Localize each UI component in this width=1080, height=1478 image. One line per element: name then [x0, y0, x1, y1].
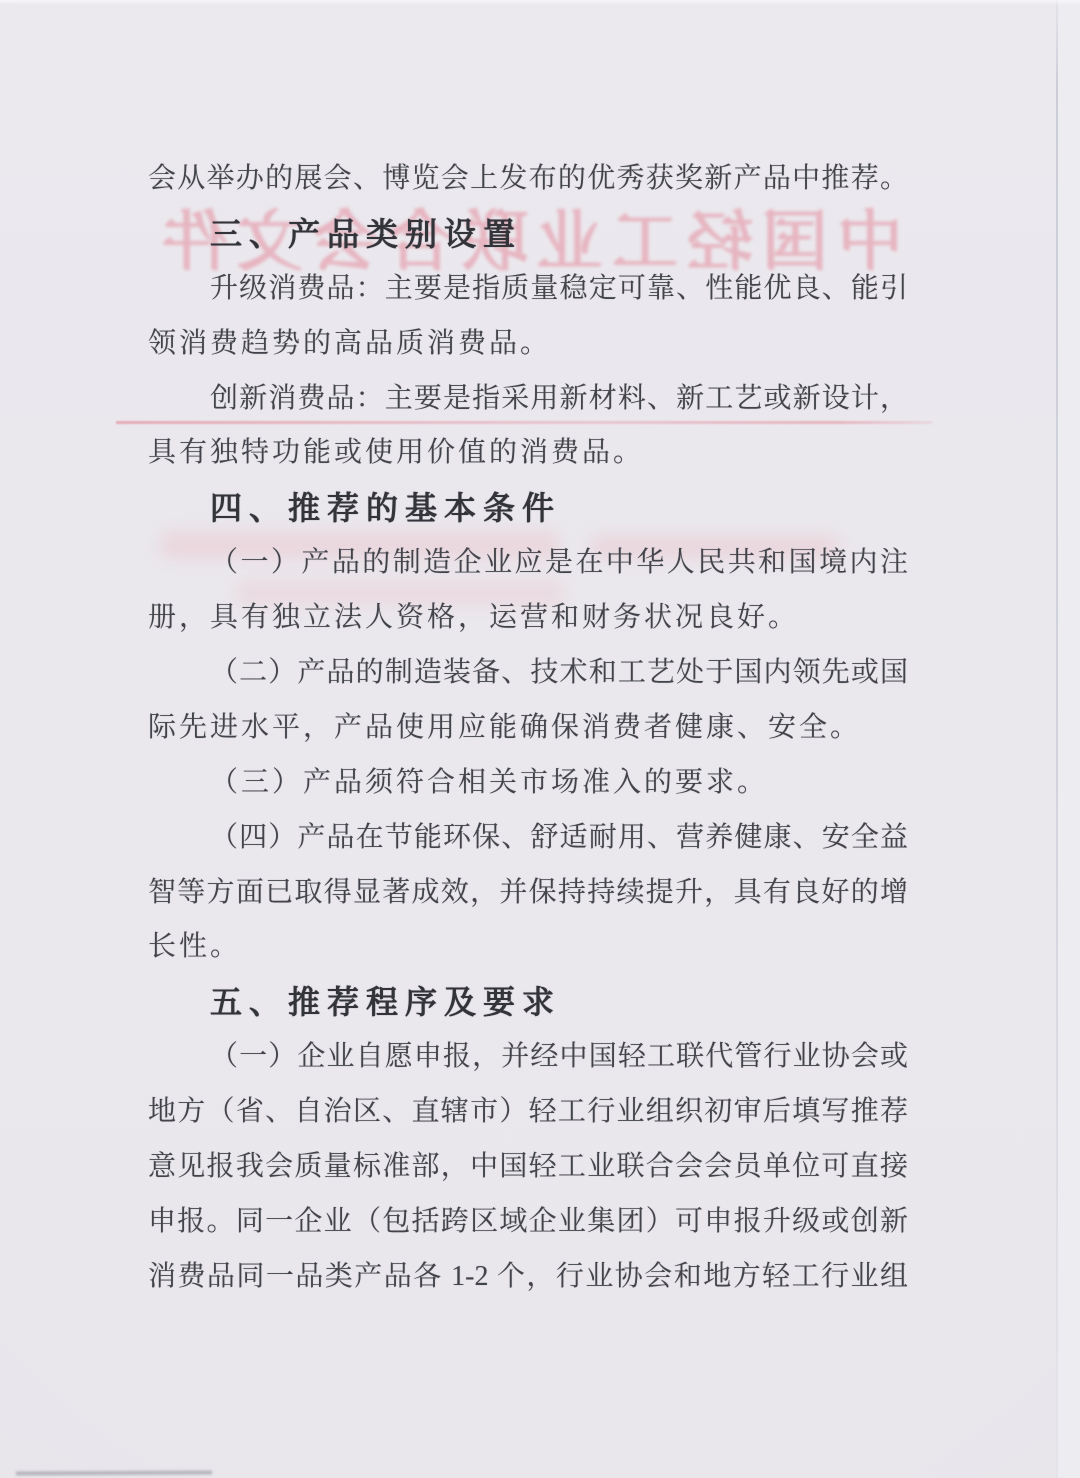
text-line: 际先进水平，产品使用应能确保消费者健康、安全。 [148, 701, 908, 756]
text-line: （一）产品的制造企业应是在中华人民共和国境内注 [148, 536, 908, 591]
text-line: 长性。 [148, 920, 908, 975]
document-text: 会从举办的展会、博览会上发布的优秀获奖新产品中推荐。三、产品类别设置升级消费品：… [148, 152, 908, 1305]
page-edge-line [1056, 0, 1058, 1478]
text-line: 智等方面已取得显著成效，并保持持续提升，具有良好的增 [148, 866, 908, 921]
scanner-background-strip [1058, 0, 1080, 1478]
section-heading: 四、推荐的基本条件 [148, 481, 908, 536]
section-heading: 三、产品类别设置 [148, 207, 908, 262]
text-line: 升级消费品：主要是指质量稳定可靠、性能优良、能引 [148, 262, 908, 317]
section-heading: 五、推荐程序及要求 [148, 975, 908, 1030]
text-line: 地方（省、自治区、直辖市）轻工行业组织初审后填写推荐 [148, 1085, 908, 1140]
text-line: 申报。同一企业（包括跨区域企业集团）可申报升级或创新 [148, 1195, 908, 1250]
text-line: 意见报我会质量标准部，中国轻工业联合会会员单位可直接 [148, 1140, 908, 1195]
text-line: 具有独特功能或使用价值的消费品。 [148, 426, 908, 481]
text-line: （一）企业自愿申报，并经中国轻工联代管行业协会或 [148, 1030, 908, 1085]
text-line: 册，具有独立法人资格，运营和财务状况良好。 [148, 591, 908, 646]
text-line: 创新消费品：主要是指采用新材料、新工艺或新设计， [148, 372, 908, 427]
scan-edge-smudge [16, 1470, 212, 1475]
scan-edge-highlight [0, 0, 1080, 5]
scanned-document-page: 中国轻工业联合会文件 会从举办的展会、博览会上发布的优秀获奖新产品中推荐。三、产… [0, 0, 1080, 1478]
text-line: 消费品同一品类产品各 1-2 个，行业协会和地方轻工行业组 [148, 1250, 908, 1305]
text-line: 领消费趋势的高品质消费品。 [148, 317, 908, 372]
text-line: 会从举办的展会、博览会上发布的优秀获奖新产品中推荐。 [148, 152, 908, 207]
text-line: （二）产品的制造装备、技术和工艺处于国内领先或国 [148, 646, 908, 701]
text-line: （三）产品须符合相关市场准入的要求。 [148, 756, 908, 811]
text-line: （四）产品在节能环保、舒适耐用、营养健康、安全益 [148, 811, 908, 866]
